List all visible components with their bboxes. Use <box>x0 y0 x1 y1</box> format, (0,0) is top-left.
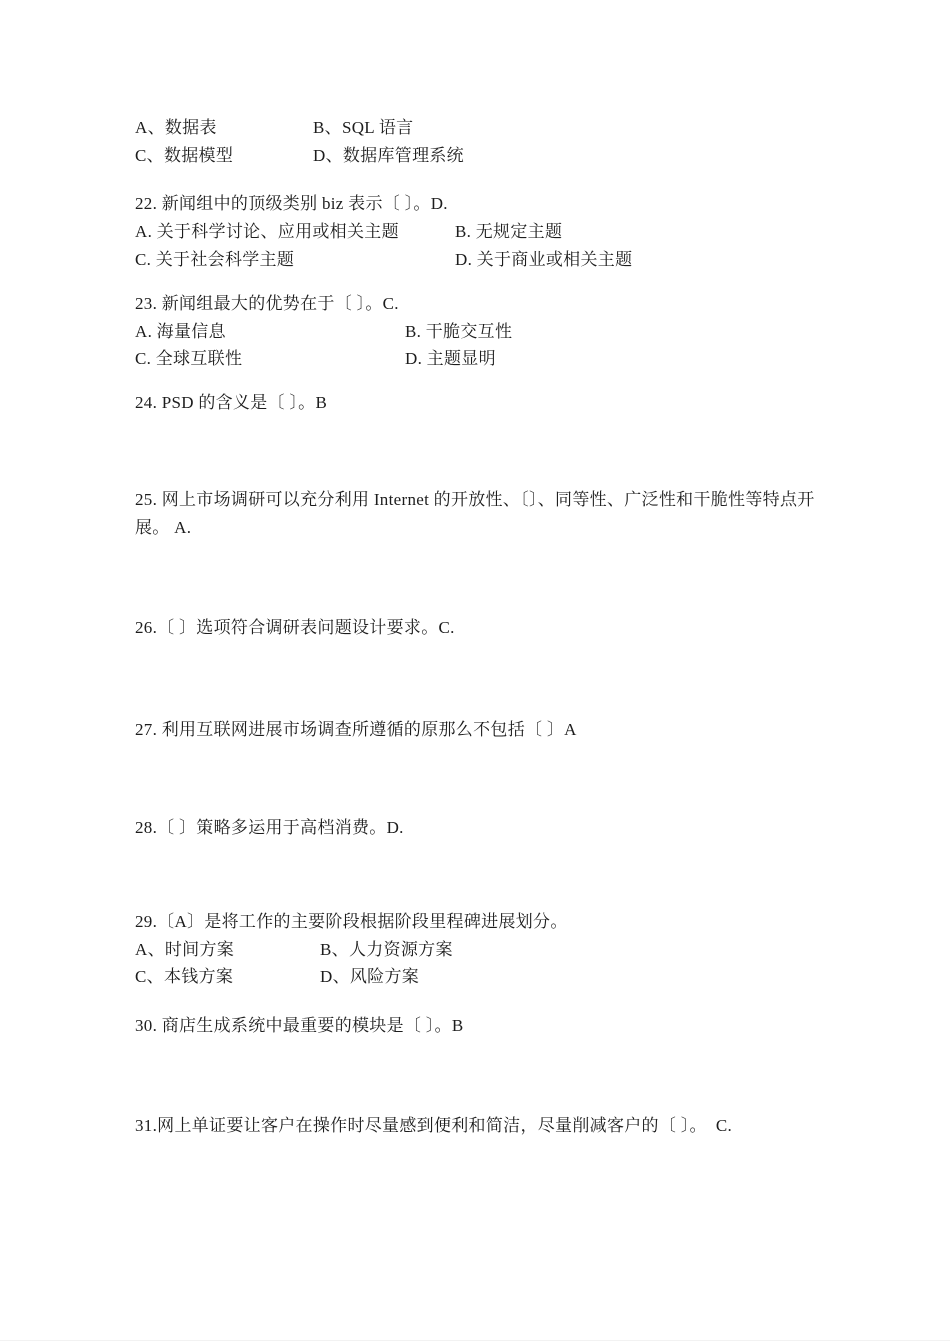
question-23-option-a: A. 海量信息 <box>135 321 226 343</box>
top-option-a: A、数据表 <box>135 117 217 139</box>
question-30-stem: 30. 商店生成系统中最重要的模块是〔 〕。B <box>135 1015 464 1037</box>
question-23-option-d: D. 主题显明 <box>405 348 496 370</box>
question-26-stem: 26.〔 〕选项符合调研表问题设计要求。C. <box>135 617 455 639</box>
question-23-stem: 23. 新闻组最大的优势在于〔 〕。C. <box>135 293 399 315</box>
question-22-option-b: B. 无规定主题 <box>455 221 562 243</box>
top-option-b: B、SQL 语言 <box>313 117 413 139</box>
question-29-option-d: D、风险方案 <box>320 966 419 988</box>
document-page: A、数据表 B、SQL 语言 C、数据模型 D、数据库管理系统 22. 新闻组中… <box>0 0 950 1341</box>
top-option-d: D、数据库管理系统 <box>313 145 464 167</box>
question-22-option-d: D. 关于商业或相关主题 <box>455 249 632 271</box>
question-22-option-c: C. 关于社会科学主题 <box>135 249 294 271</box>
question-24-stem: 24. PSD 的含义是〔 〕。B <box>135 392 327 414</box>
question-22-stem: 22. 新闻组中的顶级类别 biz 表示〔 〕。D. <box>135 193 448 215</box>
question-25-stem-line1: 25. 网上市场调研可以充分利用 Internet 的开放性、〔〕、同等性、广泛… <box>135 489 815 511</box>
question-23-option-c: C. 全球互联性 <box>135 348 242 370</box>
question-29-stem: 29.〔A〕是将工作的主要阶段根据阶段里程碑进展划分。 <box>135 911 568 933</box>
question-27-stem: 27. 利用互联网进展市场调查所遵循的原那么不包括〔 〕A <box>135 719 577 741</box>
question-22-option-a: A. 关于科学讨论、应用或相关主题 <box>135 221 399 243</box>
question-29-option-c: C、本钱方案 <box>135 966 233 988</box>
question-28-stem: 28.〔 〕策略多运用于高档消费。D. <box>135 817 404 839</box>
question-23-option-b: B. 干脆交互性 <box>405 321 512 343</box>
top-option-c: C、数据模型 <box>135 145 233 167</box>
question-29-option-b: B、人力资源方案 <box>320 939 453 961</box>
question-25-stem-line2: 展。 A. <box>135 517 191 539</box>
question-29-option-a: A、时间方案 <box>135 939 234 961</box>
question-31-stem: 31.网上单证要让客户在操作时尽量感到便利和简洁，尽量削减客户的〔 〕。 C. <box>135 1115 732 1137</box>
